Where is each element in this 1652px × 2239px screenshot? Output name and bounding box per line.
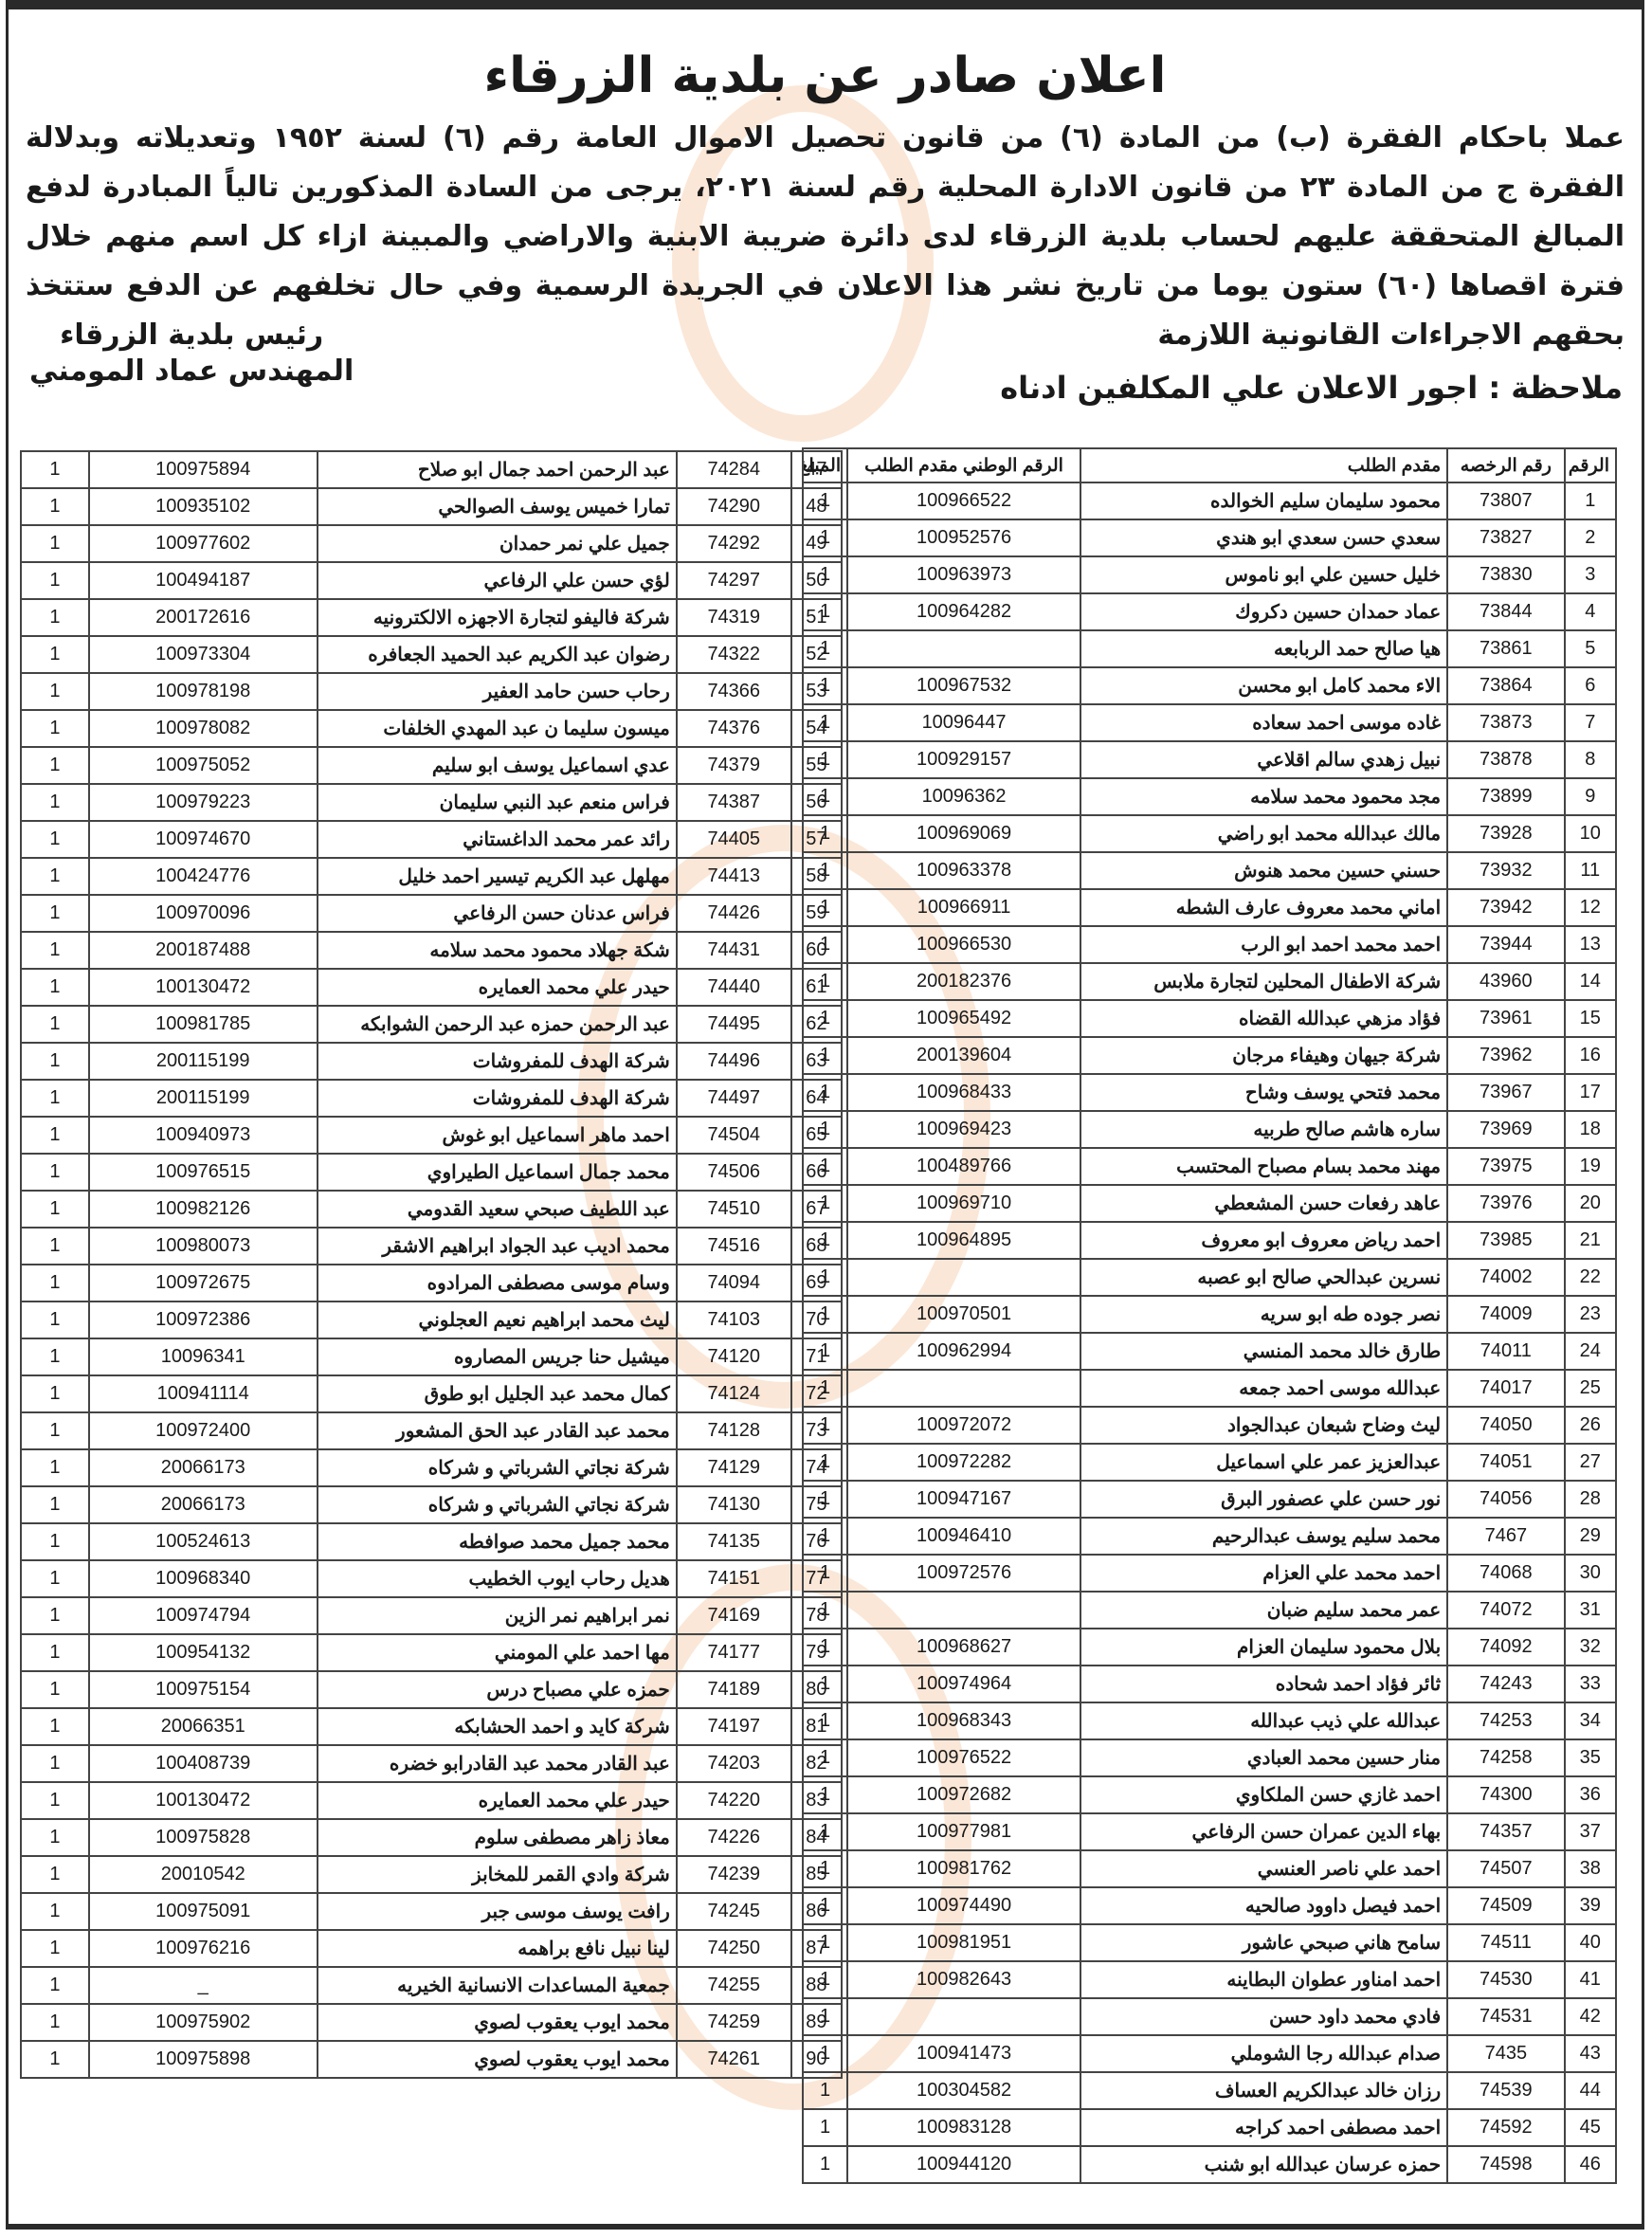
- license-number: 74239: [677, 1856, 791, 1893]
- row-number: 57: [791, 821, 842, 858]
- row-number: 75: [791, 1486, 842, 1523]
- table-row: 75 74130 شركة نجاتي الشرباتي و شركاه 200…: [21, 1486, 842, 1523]
- table-row: 60 74431 شكة جهلاد محمود محمد سلامه 2001…: [21, 932, 842, 969]
- table-row: 17 73967 محمد فتحي يوسف وشاح 100968433 1: [803, 1074, 1616, 1111]
- row-number: 13: [1565, 926, 1616, 963]
- applicant-name: معاذ زاهر مصطفى سلوم: [318, 1819, 677, 1856]
- applicant-name: محمد اديب عبد الجواد ابراهيم الاشقر: [318, 1228, 677, 1265]
- amount: 1: [803, 2109, 847, 2146]
- amount: 1: [21, 1375, 89, 1412]
- national-id: 100524613: [89, 1523, 318, 1560]
- row-number: 87: [791, 1930, 842, 1967]
- license-number: 74245: [677, 1893, 791, 1930]
- license-number: 74497: [677, 1080, 791, 1117]
- license-number: 74322: [677, 636, 791, 673]
- national-id: 20066173: [89, 1449, 318, 1486]
- row-number: 18: [1565, 1111, 1616, 1148]
- national-id: 100494187: [89, 562, 318, 599]
- row-number: 70: [791, 1302, 842, 1338]
- row-number: 51: [791, 599, 842, 636]
- amount: 1: [21, 1449, 89, 1486]
- license-number: 73873: [1447, 704, 1564, 741]
- table-row: 54 74376 ميسون سليما ن عبد المهدي الخلفا…: [21, 710, 842, 747]
- license-number: 73985: [1447, 1222, 1564, 1259]
- license-number: 73830: [1447, 556, 1564, 593]
- license-number: 74413: [677, 858, 791, 895]
- national-id: 100965492: [847, 1000, 1080, 1037]
- national-id: 100966911: [847, 889, 1080, 926]
- table-row: 74 74129 شركة نجاتي الشرباتي و شركاه 200…: [21, 1449, 842, 1486]
- license-number: 74255: [677, 1967, 791, 2004]
- applicant-name: ميشيل حنا جريس المصاروه: [318, 1338, 677, 1375]
- table-row: 10 73928 مالك عبدالله محمد ابو راضي 1009…: [803, 815, 1616, 852]
- amount: 1: [21, 1967, 89, 2004]
- notice-frame: اعلان صادر عن بلدية الزرقاء عملا باحكام …: [6, 0, 1644, 2230]
- table-row: 66 74506 محمد جمال اسماعيل الطيراوي 1009…: [21, 1154, 842, 1191]
- amount: 1: [21, 1486, 89, 1523]
- table-row: 27 74051 عبدالعزيز عمر علي اسماعيل 10097…: [803, 1444, 1616, 1481]
- row-number: 62: [791, 1006, 842, 1043]
- license-number: 73942: [1447, 889, 1564, 926]
- row-number: 36: [1565, 1776, 1616, 1813]
- table-row: 86 74245 رافت يوسف موسى جبر 100975091 1: [21, 1893, 842, 1930]
- row-number: 20: [1565, 1185, 1616, 1222]
- table-row: 11 73932 حسني حسين محمد هنوش 100963378 1: [803, 852, 1616, 889]
- row-number: 46: [1565, 2146, 1616, 2183]
- table-row: 73 74128 محمد عبد القادر عبد الحق المشعو…: [21, 1412, 842, 1449]
- table-row: 89 74259 محمد ايوب يعقوب لصوي 100975902 …: [21, 2004, 842, 2041]
- row-number: 84: [791, 1819, 842, 1856]
- license-number: 74151: [677, 1560, 791, 1597]
- amount: 1: [21, 747, 89, 784]
- table-row: 64 74497 شركة الهدف للمفروشات 200115199 …: [21, 1080, 842, 1117]
- applicant-name: عبدالله علي ذيب عبدالله: [1080, 1702, 1447, 1739]
- license-number: 73861: [1447, 630, 1564, 667]
- table-row: 42 74531 فادي محمد داود حسن 1: [803, 1998, 1616, 2035]
- license-number: 74129: [677, 1449, 791, 1486]
- table-row: 6 73864 الاء محمد كامل ابو محسن 10096753…: [803, 667, 1616, 704]
- table-row: 62 74495 عبد الرحمن حمزه عبد الرحمن الشو…: [21, 1006, 842, 1043]
- table-row: 72 74124 كمال محمد عبد الجليل ابو طوق 10…: [21, 1375, 842, 1412]
- national-id: 100947167: [847, 1481, 1080, 1518]
- table-row: 28 74056 نور حسن علي عصفور البرق 1009471…: [803, 1481, 1616, 1518]
- row-number: 6: [1565, 667, 1616, 704]
- applicant-name: نمر ابراهيم نمر الزين: [318, 1597, 677, 1634]
- row-number: 52: [791, 636, 842, 673]
- national-id: 100964895: [847, 1222, 1080, 1259]
- applicant-name: ميسون سليما ن عبد المهدي الخلفات: [318, 710, 677, 747]
- row-number: 9: [1565, 778, 1616, 815]
- national-id: [847, 1370, 1080, 1407]
- applicant-name: هديل رحاب ايوب الخطيب: [318, 1560, 677, 1597]
- signature-name: المهندس عماد المومني: [29, 354, 354, 390]
- row-number: 28: [1565, 1481, 1616, 1518]
- table-row: 46 74598 حمزه عرسان عبدالله ابو شنب 1009…: [803, 2146, 1616, 2183]
- applicant-name: عدي اسماعيل يوسف ابو سليم: [318, 747, 677, 784]
- row-number: 78: [791, 1597, 842, 1634]
- applicant-name: نور حسن علي عصفور البرق: [1080, 1481, 1447, 1518]
- license-number: 74128: [677, 1412, 791, 1449]
- national-id: 200139604: [847, 1037, 1080, 1074]
- amount: 1: [21, 1671, 89, 1708]
- license-number: 74259: [677, 2004, 791, 2041]
- national-id: 100975091: [89, 1893, 318, 1930]
- applicant-name: جميل علي نمر حمدان: [318, 525, 677, 562]
- table-row: 80 74189 حمزه علي مصباح درس 100975154 1: [21, 1671, 842, 1708]
- row-number: 30: [1565, 1555, 1616, 1592]
- applicant-name: عبد القادر محمد عبد القادرابو خضره: [318, 1745, 677, 1782]
- amount: 1: [21, 784, 89, 821]
- applicant-name: عبد الرحمن احمد جمال ابو صلاح: [318, 451, 677, 488]
- license-number: 74177: [677, 1634, 791, 1671]
- row-number: 47: [791, 451, 842, 488]
- license-number: 73961: [1447, 1000, 1564, 1037]
- national-id: [847, 630, 1080, 667]
- table-row: 85 74239 شركة وادي القمر للمخابز 2001054…: [21, 1856, 842, 1893]
- national-id: 200172616: [89, 599, 318, 636]
- national-id: 100970096: [89, 895, 318, 932]
- row-number: 45: [1565, 2109, 1616, 2146]
- table-row: 61 74440 حيدر علي محمد العمايره 10013047…: [21, 969, 842, 1006]
- table-row: 44 74539 رزان خالد عبدالكريم العساف 1003…: [803, 2072, 1616, 2109]
- table-row: 90 74261 محمد ايوب يعقوب لصوي 100975898 …: [21, 2041, 842, 2078]
- row-number: 44: [1565, 2072, 1616, 2109]
- row-number: 22: [1565, 1259, 1616, 1296]
- table-row: 21 73985 احمد رياض معروف ابو معروف 10096…: [803, 1222, 1616, 1259]
- applicant-name: شركة كايد و احمد الحشابكه: [318, 1708, 677, 1745]
- row-number: 81: [791, 1708, 842, 1745]
- applicant-name: محمد سليم يوسف عبدالرحيم: [1080, 1518, 1447, 1555]
- license-number: 74068: [1447, 1555, 1564, 1592]
- row-number: 38: [1565, 1850, 1616, 1887]
- license-number: 7467: [1447, 1518, 1564, 1555]
- row-number: 4: [1565, 593, 1616, 630]
- license-number: 74516: [677, 1228, 791, 1265]
- applicant-name: ساره هاشم صالح طربيه: [1080, 1111, 1447, 1148]
- license-number: 74261: [677, 2041, 791, 2078]
- applicant-name: رائد عمر محمد الداغستاني: [318, 821, 677, 858]
- header-applicant: مقدم الطلب: [1080, 448, 1447, 482]
- table-row: 16 73962 شركة جيهان وهيفاء مرجان 2001396…: [803, 1037, 1616, 1074]
- table-row: 38 74507 احمد علي ناصر العنسي 100981762 …: [803, 1850, 1616, 1887]
- applicant-name: عاهد رفعات حسن المشعطي: [1080, 1185, 1447, 1222]
- license-number: 73932: [1447, 852, 1564, 889]
- applicant-name: عماد حمدان حسين دكروك: [1080, 593, 1447, 630]
- national-id: 100130472: [89, 1782, 318, 1819]
- table-row: 32 74092 بلال محمود سليمان العزام 100968…: [803, 1629, 1616, 1666]
- national-id: 100972072: [847, 1407, 1080, 1444]
- applicant-name: عمر محمد سليم ضبان: [1080, 1592, 1447, 1629]
- national-id: 100968433: [847, 1074, 1080, 1111]
- signature-block: رئيس بلدية الزرقاء المهندس عماد المومني: [29, 318, 354, 390]
- license-number: 74056: [1447, 1481, 1564, 1518]
- license-number: 74002: [1447, 1259, 1564, 1296]
- applicant-name: عبدالله موسى احمد جمعه: [1080, 1370, 1447, 1407]
- table-header-row: الرقم رقم الرخصه مقدم الطلب الرقم الوطني…: [803, 448, 1616, 482]
- national-id: 100941114: [89, 1375, 318, 1412]
- license-number: 74203: [677, 1745, 791, 1782]
- row-number: 67: [791, 1191, 842, 1228]
- notice-title: اعلان صادر عن بلدية الزرقاء: [9, 47, 1642, 104]
- fees-note: ملاحظة : اجور الاعلان علي المكلفين ادناه: [1000, 370, 1623, 406]
- license-number: 73975: [1447, 1148, 1564, 1185]
- license-number: 74379: [677, 747, 791, 784]
- row-number: 59: [791, 895, 842, 932]
- national-id: 100981762: [847, 1850, 1080, 1887]
- national-id: 100977981: [847, 1813, 1080, 1850]
- license-number: 74440: [677, 969, 791, 1006]
- row-number: 14: [1565, 963, 1616, 1000]
- national-id: 200187488: [89, 932, 318, 969]
- row-number: 69: [791, 1265, 842, 1302]
- applicant-name: مالك عبدالله محمد ابو راضي: [1080, 815, 1447, 852]
- table-row: 43 7435 صدام عبدالله رجا الشوملي 1009414…: [803, 2035, 1616, 2072]
- license-number: 74120: [677, 1338, 791, 1375]
- header-national-id: الرقم الوطني مقدم الطلب: [847, 448, 1080, 482]
- national-id: 10096341: [89, 1338, 318, 1375]
- row-number: 64: [791, 1080, 842, 1117]
- row-number: 17: [1565, 1074, 1616, 1111]
- row-number: 21: [1565, 1222, 1616, 1259]
- license-number: 73976: [1447, 1185, 1564, 1222]
- row-number: 24: [1565, 1333, 1616, 1370]
- national-id: 100972400: [89, 1412, 318, 1449]
- license-number: 73928: [1447, 815, 1564, 852]
- table-row: 69 74094 وسام موسى مصطفى المرادوه 100972…: [21, 1265, 842, 1302]
- table-row: 65 74504 احمد ماهر اسماعيل ابو غوش 10094…: [21, 1117, 842, 1154]
- applicant-name: بهاء الدين عمران حسن الرفاعي: [1080, 1813, 1447, 1850]
- table-body-left: 47 74284 عبد الرحمن احمد جمال ابو صلاح 1…: [21, 451, 842, 2078]
- row-number: 3: [1565, 556, 1616, 593]
- national-id: 20010542: [89, 1856, 318, 1893]
- amount: 1: [21, 1080, 89, 1117]
- row-number: 68: [791, 1228, 842, 1265]
- row-number: 31: [1565, 1592, 1616, 1629]
- amount: 1: [21, 562, 89, 599]
- amount: 1: [21, 1819, 89, 1856]
- license-number: 74130: [677, 1486, 791, 1523]
- national-id: 100962994: [847, 1333, 1080, 1370]
- table-row: 29 7467 محمد سليم يوسف عبدالرحيم 1009464…: [803, 1518, 1616, 1555]
- national-id: 100967532: [847, 667, 1080, 704]
- row-number: 77: [791, 1560, 842, 1597]
- national-id: 10096362: [847, 778, 1080, 815]
- national-id: 100982126: [89, 1191, 318, 1228]
- row-number: 34: [1565, 1702, 1616, 1739]
- applicant-name: احمد غازي حسن الملكاوي: [1080, 1776, 1447, 1813]
- table-row: 49 74292 جميل علي نمر حمدان 100977602 1: [21, 525, 842, 562]
- license-number: 74220: [677, 1782, 791, 1819]
- table-row: 30 74068 احمد محمد علي العزام 100972576 …: [803, 1555, 1616, 1592]
- applicant-name: رحاب حسن حامد العفير: [318, 673, 677, 710]
- row-number: 26: [1565, 1407, 1616, 1444]
- applicant-name: فراس منعم عبد النبي سليمان: [318, 784, 677, 821]
- amount: 1: [21, 525, 89, 562]
- national-id: 100941473: [847, 2035, 1080, 2072]
- applicant-name: شركة وادي القمر للمخابز: [318, 1856, 677, 1893]
- national-id: 100976515: [89, 1154, 318, 1191]
- amount: 1: [21, 1228, 89, 1265]
- amount: 1: [21, 1117, 89, 1154]
- license-number: 74496: [677, 1043, 791, 1080]
- table-row: 56 74387 فراس منعم عبد النبي سليمان 1009…: [21, 784, 842, 821]
- national-id: 100304582: [847, 2072, 1080, 2109]
- license-number: 74426: [677, 895, 791, 932]
- applicant-name: مجد محمود محمد سلامه: [1080, 778, 1447, 815]
- applicant-name: احمد مصطفى احمد كراجه: [1080, 2109, 1447, 2146]
- national-id: 200115199: [89, 1043, 318, 1080]
- license-number: 74292: [677, 525, 791, 562]
- applicant-name: كمال محمد عبد الجليل ابو طوق: [318, 1375, 677, 1412]
- applicant-name: محمد ايوب يعقوب لصوي: [318, 2041, 677, 2078]
- table-row: 14 43960 شركة الاطفال المحلين لتجارة ملا…: [803, 963, 1616, 1000]
- applicant-name: مهند محمد بسام مصباح المحتسب: [1080, 1148, 1447, 1185]
- table-row: 4 73844 عماد حمدان حسين دكروك 100964282 …: [803, 593, 1616, 630]
- license-number: 43960: [1447, 963, 1564, 1000]
- amount: 1: [21, 1856, 89, 1893]
- table-row: 58 74413 مهلهل عبد الكريم تيسير احمد خلي…: [21, 858, 842, 895]
- applicant-name: فؤاد مزهي عبدالله القضاه: [1080, 1000, 1447, 1037]
- national-id: 100969710: [847, 1185, 1080, 1222]
- national-id: 100954132: [89, 1634, 318, 1671]
- table-row: 45 74592 احمد مصطفى احمد كراجه 100983128…: [803, 2109, 1616, 2146]
- license-number: 73878: [1447, 741, 1564, 778]
- national-id: 100972386: [89, 1302, 318, 1338]
- national-id: 100972576: [847, 1555, 1080, 1592]
- national-id: 100972675: [89, 1265, 318, 1302]
- license-number: 74135: [677, 1523, 791, 1560]
- row-number: 76: [791, 1523, 842, 1560]
- row-number: 23: [1565, 1296, 1616, 1333]
- national-id: 20066173: [89, 1486, 318, 1523]
- applicant-name: مهلهل عبد الكريم تيسير احمد خليل: [318, 858, 677, 895]
- license-number: 74530: [1447, 1961, 1564, 1998]
- national-id: [847, 1592, 1080, 1629]
- national-id: 100963378: [847, 852, 1080, 889]
- row-number: 82: [791, 1745, 842, 1782]
- license-number: 74366: [677, 673, 791, 710]
- table-row: 47 74284 عبد الرحمن احمد جمال ابو صلاح 1…: [21, 451, 842, 488]
- national-id: 100980073: [89, 1228, 318, 1265]
- table-row: 77 74151 هديل رحاب ايوب الخطيب 100968340…: [21, 1560, 842, 1597]
- license-number: 74376: [677, 710, 791, 747]
- national-id: 100424776: [89, 858, 318, 895]
- license-number: 74050: [1447, 1407, 1564, 1444]
- row-number: 86: [791, 1893, 842, 1930]
- amount: 1: [21, 1154, 89, 1191]
- applicant-name: نصر جوده طه ابو سريه: [1080, 1296, 1447, 1333]
- applicant-name: شركة نجاتي الشرباتي و شركاه: [318, 1449, 677, 1486]
- amount: 1: [21, 673, 89, 710]
- table-row: 39 74509 احمد فيصل داوود صالحيه 10097449…: [803, 1887, 1616, 1924]
- national-id: 100964282: [847, 593, 1080, 630]
- applicant-name: خليل حسين علي ابو ناموس: [1080, 556, 1447, 593]
- applicant-name: محمد فتحي يوسف وشاح: [1080, 1074, 1447, 1111]
- amount: 1: [21, 1930, 89, 1967]
- table-row: 15 73961 فؤاد مزهي عبدالله القضاه 100965…: [803, 1000, 1616, 1037]
- license-number: 74387: [677, 784, 791, 821]
- row-number: 89: [791, 2004, 842, 2041]
- applicant-name: بلال محمود سليمان العزام: [1080, 1629, 1447, 1666]
- national-id: 100975154: [89, 1671, 318, 1708]
- license-number: 73962: [1447, 1037, 1564, 1074]
- row-number: 63: [791, 1043, 842, 1080]
- license-number: 74319: [677, 599, 791, 636]
- license-number: 74124: [677, 1375, 791, 1412]
- amount: 1: [21, 858, 89, 895]
- row-number: 39: [1565, 1887, 1616, 1924]
- national-id: 100976522: [847, 1739, 1080, 1776]
- national-id: 100970501: [847, 1296, 1080, 1333]
- row-number: 43: [1565, 2035, 1616, 2072]
- row-number: 37: [1565, 1813, 1616, 1850]
- applicant-name: شركة الهدف للمفروشات: [318, 1043, 677, 1080]
- row-number: 66: [791, 1154, 842, 1191]
- license-number: 74103: [677, 1302, 791, 1338]
- applicant-name: حيدر علي محمد العمايره: [318, 969, 677, 1006]
- applicant-name: شركة الهدف للمفروشات: [318, 1080, 677, 1117]
- national-id: 100974964: [847, 1666, 1080, 1702]
- applicant-name: رزان خالد عبدالكريم العساف: [1080, 2072, 1447, 2109]
- row-number: 88: [791, 1967, 842, 2004]
- table-row: 33 74243 ثائر فؤاد احمد شحاده 100974964 …: [803, 1666, 1616, 1702]
- applicant-name: وسام موسى مصطفى المرادوه: [318, 1265, 677, 1302]
- table-row: 1 73807 محمود سليمان سليم الخوالده 10096…: [803, 482, 1616, 519]
- national-id: 20066351: [89, 1708, 318, 1745]
- applicant-name: لينا نبيل نافع براهمه: [318, 1930, 677, 1967]
- applicant-name: شركة الاطفال المحلين لتجارة ملابس: [1080, 963, 1447, 1000]
- amount: 1: [21, 1302, 89, 1338]
- row-number: 42: [1565, 1998, 1616, 2035]
- national-id: 100979223: [89, 784, 318, 821]
- license-number: 74197: [677, 1708, 791, 1745]
- table-row: 22 74002 نسرين عبدالحي صالح ابو عصبه 1: [803, 1259, 1616, 1296]
- applicant-name: هيا صالح حمد الربابعه: [1080, 630, 1447, 667]
- table-row: 53 74366 رحاب حسن حامد العفير 100978198 …: [21, 673, 842, 710]
- license-number: 74072: [1447, 1592, 1564, 1629]
- license-number: 74253: [1447, 1702, 1564, 1739]
- national-id: 100963973: [847, 556, 1080, 593]
- amount: 1: [21, 969, 89, 1006]
- license-number: 74357: [1447, 1813, 1564, 1850]
- national-id: 100981785: [89, 1006, 318, 1043]
- national-id: 200115199: [89, 1080, 318, 1117]
- license-number: 74300: [1447, 1776, 1564, 1813]
- table-row: 18 73969 ساره هاشم صالح طربيه 100969423 …: [803, 1111, 1616, 1148]
- national-id: 100408739: [89, 1745, 318, 1782]
- national-id: 100969069: [847, 815, 1080, 852]
- taxpayers-table-right: الرقم رقم الرخصه مقدم الطلب الرقم الوطني…: [802, 447, 1617, 2184]
- amount: 1: [21, 710, 89, 747]
- applicant-name: حسني حسين محمد هنوش: [1080, 852, 1447, 889]
- applicant-name: نسرين عبدالحي صالح ابو عصبه: [1080, 1259, 1447, 1296]
- row-number: 49: [791, 525, 842, 562]
- applicant-name: فراس عدنان حسن الرفاعي: [318, 895, 677, 932]
- table-row: 35 74258 منار حسين محمد العبادي 10097652…: [803, 1739, 1616, 1776]
- license-number: 7435: [1447, 2035, 1564, 2072]
- table-row: 57 74405 رائد عمر محمد الداغستاني 100974…: [21, 821, 842, 858]
- license-number: 73969: [1447, 1111, 1564, 1148]
- amount: 1: [21, 1043, 89, 1080]
- license-number: 74094: [677, 1265, 791, 1302]
- national-id: 100975898: [89, 2041, 318, 2078]
- applicant-name: احمد امناور عطوان البطاينه: [1080, 1961, 1447, 1998]
- row-number: 2: [1565, 519, 1616, 556]
- amount: 1: [21, 1782, 89, 1819]
- applicant-name: اماني محمد معروف عارف الشطه: [1080, 889, 1447, 926]
- table-row: 5 73861 هيا صالح حمد الربابعه 1: [803, 630, 1616, 667]
- national-id: 100974670: [89, 821, 318, 858]
